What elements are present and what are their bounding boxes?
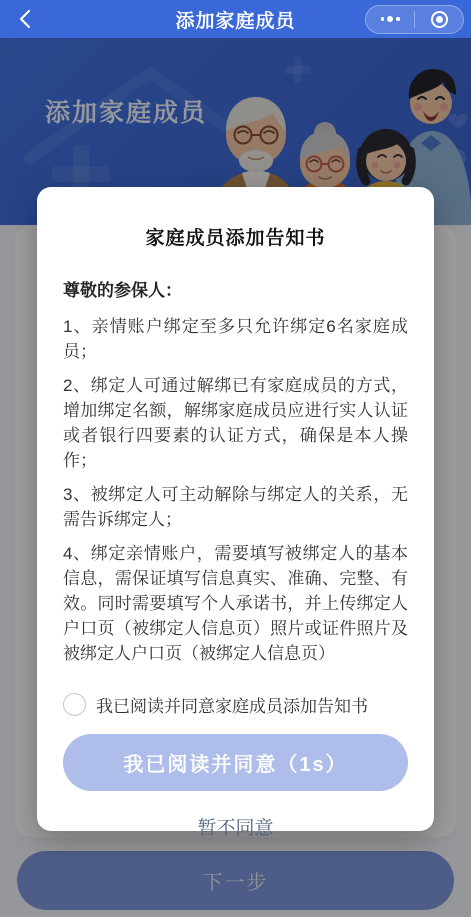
navbar: 添加家庭成员 <box>0 0 471 38</box>
modal-title: 家庭成员添加告知书 <box>63 223 408 250</box>
close-minimize-button[interactable] <box>415 6 463 33</box>
agree-countdown-button[interactable]: 我已阅读并同意（1s） <box>63 734 408 791</box>
navbar-title: 添加家庭成员 <box>175 6 295 33</box>
agreement-label: 我已阅读并同意家庭成员添加告知书 <box>96 692 368 717</box>
ellipsis-icon <box>381 16 400 22</box>
notice-paragraph-3: 3、被绑定人可主动解除与绑定人的关系，无需告诉绑定人； <box>63 482 408 532</box>
notice-paragraph-1: 1、亲情账户绑定至多只允许绑定6名家庭成员； <box>63 314 408 364</box>
back-button[interactable] <box>8 0 42 38</box>
agreement-radio[interactable] <box>63 693 86 716</box>
back-chevron-icon <box>19 9 31 29</box>
notice-paragraph-4: 4、绑定亲情账户，需要填写被绑定人的基本信息，需保证填写信息真实、准确、完整、有… <box>63 541 408 666</box>
more-menu-button[interactable] <box>366 6 414 33</box>
notice-paragraph-2: 2、绑定人可通过解绑已有家庭成员的方式，增加绑定名额，解绑家庭成员应进行实人认证… <box>63 373 408 473</box>
decline-button[interactable]: 暂不同意 <box>63 813 408 840</box>
mini-program-screen: 添加家庭成员 添加家庭成员 <box>0 0 471 917</box>
agreement-row[interactable]: 我已阅读并同意家庭成员添加告知书 <box>63 692 408 717</box>
minimize-target-icon <box>431 11 448 28</box>
wechat-capsule <box>365 5 464 34</box>
notice-body: 1、亲情账户绑定至多只允许绑定6名家庭成员； 2、绑定人可通过解绑已有家庭成员的… <box>63 314 408 666</box>
notice-modal: 家庭成员添加告知书 尊敬的参保人： 1、亲情账户绑定至多只允许绑定6名家庭成员；… <box>37 187 434 831</box>
salutation-text: 尊敬的参保人： <box>63 276 408 301</box>
